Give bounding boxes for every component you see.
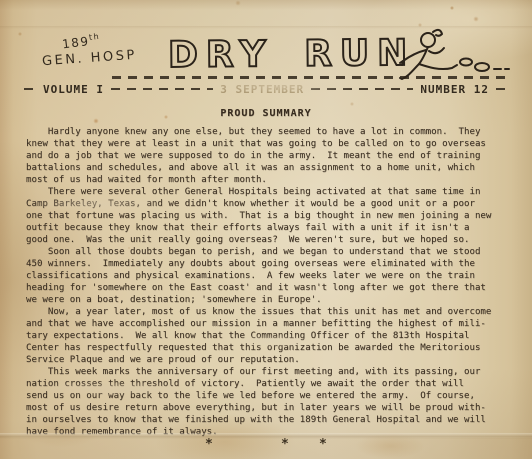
unit-number: 189 bbox=[61, 34, 90, 51]
masthead-rule-top bbox=[112, 76, 510, 79]
issue-number-label: NUMBER 12 bbox=[413, 83, 496, 96]
unit-designation-line1: 189th bbox=[61, 32, 101, 52]
paper-fold-flap bbox=[0, 438, 532, 459]
paper-crease bbox=[0, 26, 532, 29]
paragraph-4: Now, a year later, most of us know the i… bbox=[26, 306, 508, 366]
unit-designation-line2: GEN. HOSP bbox=[42, 48, 138, 70]
masthead-dateline: VOLUME I 3 SEPTEMBER NUMBER 12 bbox=[24, 82, 512, 96]
paragraph-1: Hardly anyone knew any one else, but the… bbox=[26, 126, 508, 186]
dash-segment bbox=[496, 88, 512, 91]
volume-label: VOLUME I bbox=[36, 83, 111, 96]
dash-segment bbox=[311, 88, 413, 91]
running-man-icon bbox=[398, 26, 516, 88]
paragraph-2: There were several other General Hospita… bbox=[26, 186, 508, 246]
paragraph-3: Soon all those doubts began to perish, a… bbox=[26, 246, 508, 306]
article-heading: PROUD SUMMARY bbox=[26, 108, 506, 119]
masthead-title: DRY RUN bbox=[168, 33, 383, 76]
article-body: Hardly anyone knew any one else, but the… bbox=[26, 126, 508, 438]
paragraph-5: This week marks the anniversary of our f… bbox=[26, 366, 508, 438]
newsletter-page: 189th GEN. HOSP DRY RUN VOLUME I 3 SEPTE… bbox=[0, 0, 532, 459]
dash-segment bbox=[24, 88, 36, 91]
unit-ordinal: th bbox=[88, 32, 100, 42]
dash-segment bbox=[111, 88, 213, 91]
date-label: 3 SEPTEMBER bbox=[213, 83, 311, 96]
